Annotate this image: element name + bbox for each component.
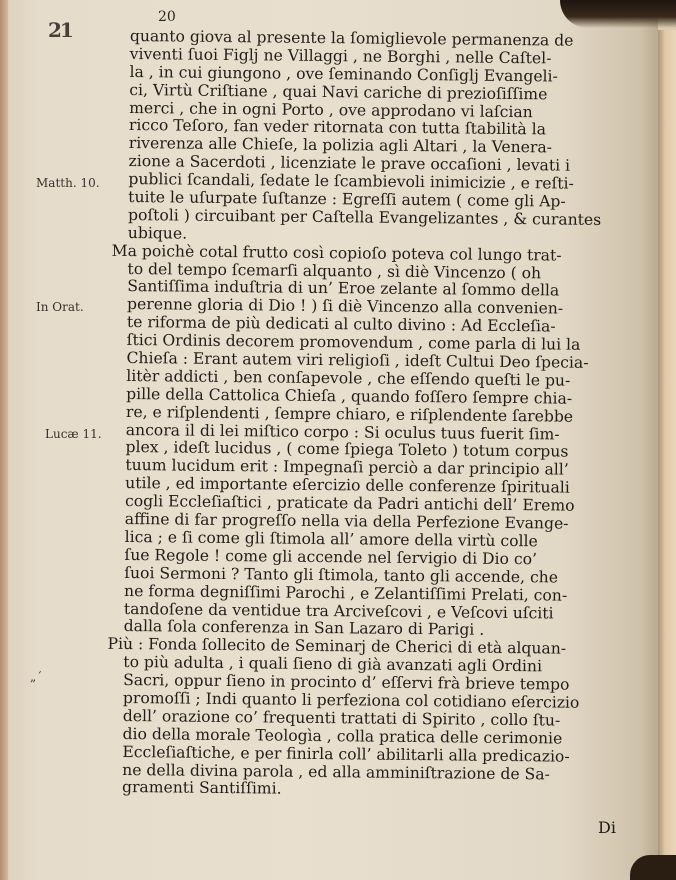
margin-note: In Orat. — [36, 300, 84, 314]
next-page-edge — [658, 30, 676, 880]
page-number: 20 — [158, 9, 176, 25]
catchword: Di — [598, 818, 616, 837]
page-stamp: 21 — [48, 18, 72, 42]
book-bottom-shadow — [630, 855, 676, 880]
margin-note: Lucæ 11. — [45, 427, 102, 441]
margin-note: Matth. 10. — [36, 176, 100, 190]
body-text: quanto giova al presente la ſomiglievole… — [122, 28, 640, 803]
book-top-shadow — [560, 0, 676, 28]
page-left-edge — [0, 0, 8, 880]
margin-note: „´ — [30, 670, 42, 684]
